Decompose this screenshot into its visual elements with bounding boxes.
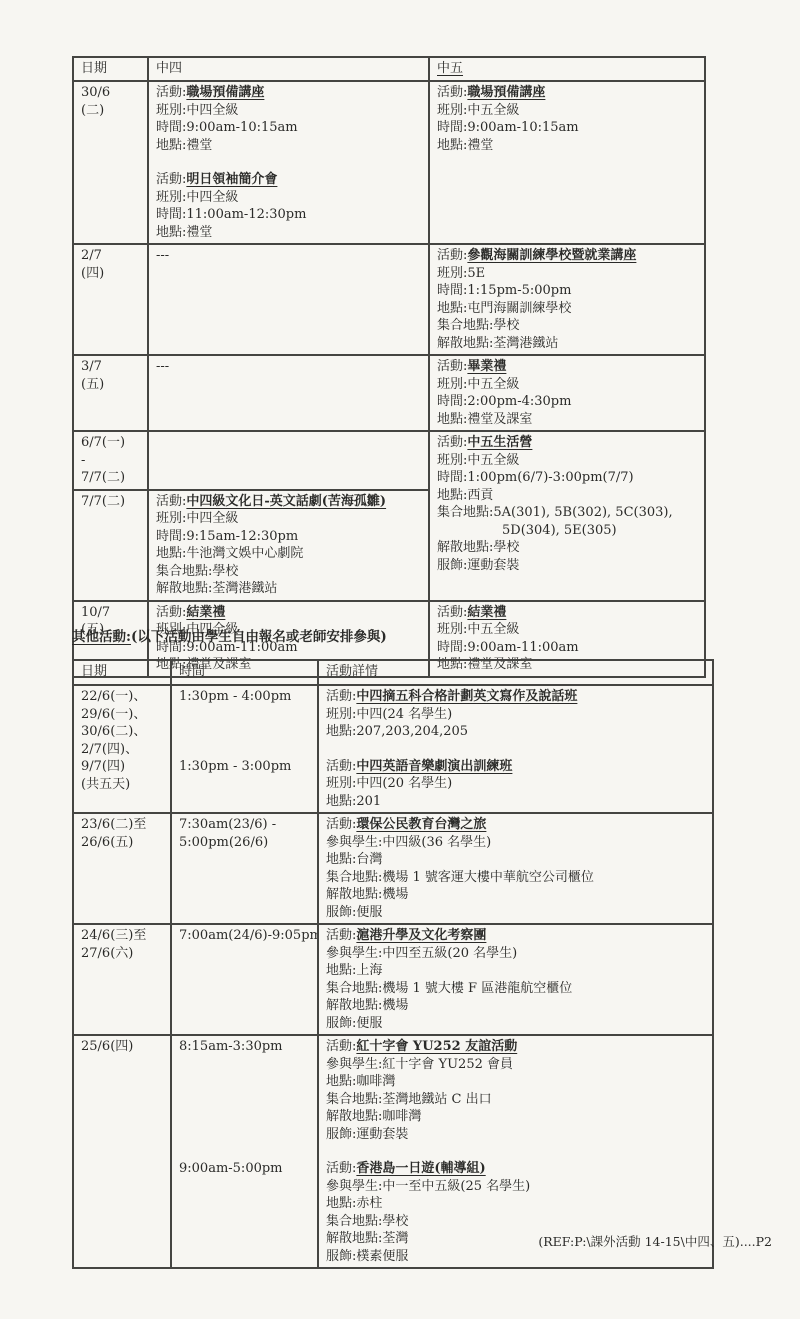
activity-title-line: 活動:畢業禮 — [437, 358, 698, 376]
activity-title-line: 活動:環保公民教育台灣之旅 — [326, 816, 706, 834]
activity-label: 活動: — [156, 172, 186, 187]
activity-title-line: 活動:滬港升學及文化考察團 — [326, 927, 706, 945]
date-cell: 2/7(四) — [73, 244, 148, 355]
text-line: - — [81, 452, 141, 470]
activity-title: 環保公民教育台灣之旅 — [356, 817, 486, 832]
activity-label: 活動: — [326, 689, 356, 704]
text-line: 地點:201 — [326, 793, 706, 811]
text-line: (二) — [81, 102, 141, 120]
activity-title-line: 活動:職場預備講座 — [437, 84, 698, 102]
text-line: 5:00pm(26/6) — [179, 834, 311, 852]
other-row: 24/6(三)至27/6(六) 7:00am(24/6)-9:05pm(27/6… — [73, 924, 713, 1035]
header-form5: 中五 — [429, 57, 705, 81]
header-date: 日期 — [73, 57, 148, 81]
time-entry: 7:30am(23/6) -5:00pm(26/6) — [179, 816, 311, 851]
header-details: 活動詳情 — [318, 660, 713, 685]
date-cell: 30/6(二) — [73, 81, 148, 244]
form4-cell: 活動:中四級文化日-英文話劇(苦海孤雛) 班別:中四全級時間:9:15am-12… — [148, 490, 429, 601]
activity-label: 活動: — [437, 359, 467, 374]
activity-details: 班別:中四(24 名學生)地點:207,203,204,205 — [326, 706, 706, 741]
activity-title: 畢業禮 — [467, 359, 506, 374]
text-line: 班別:中五全級 — [437, 621, 698, 639]
text-line: 22/6(一)、 — [81, 688, 164, 706]
activity-title-line: 活動:香港島一日遊(輔導組) — [326, 1160, 706, 1178]
other-row: 22/6(一)、29/6(一)、30/6(二)、2/7(四)、9/7(四)(共五… — [73, 685, 713, 813]
text-line: 班別:中五全級 — [437, 376, 698, 394]
activity-title: 中四英語音樂劇演出訓練班 — [356, 759, 512, 774]
text-line: 時間:1:15pm-5:00pm — [437, 282, 698, 300]
text-line: 30/6(二)、 — [81, 723, 164, 741]
form5-cell: 活動:職場預備講座 班別:中五全級時間:9:00am-10:15am地點:禮堂 — [429, 81, 705, 244]
text-line: (共五天) — [81, 776, 164, 794]
text-line: 集合地點:機場 1 號客運大樓中華航空公司櫃位 — [326, 869, 706, 887]
time-entry: 7:00am(24/6)-9:05pm(27/6) — [179, 927, 311, 945]
activity-title-line: 活動:參觀海關訓練學校暨就業講座 — [437, 247, 698, 265]
text-line: (五) — [81, 376, 141, 394]
text-line: 10/7 — [81, 604, 141, 622]
activity-block: 活動:職場預備講座 班別:中五全級時間:9:00am-10:15am地點:禮堂 — [437, 84, 698, 154]
text-line: 7/7(二) — [81, 469, 141, 487]
details-cell: 活動:環保公民教育台灣之旅 參與學生:中四級(36 名學生)地點:台灣集合地點:… — [318, 813, 713, 924]
activity-label: 活動: — [437, 85, 467, 100]
text-line: 地點:禮堂 — [156, 224, 422, 242]
text-line: 24/6(三)至 — [81, 927, 164, 945]
activity-details: 參與學生:中一至中五級(25 名學生)地點:赤柱集合地點:學校解散地點:荃灣服飾… — [326, 1178, 706, 1266]
activity-title-line: 活動:中四級文化日-英文話劇(苦海孤雛) — [156, 493, 422, 511]
text-line: 地點:台灣 — [326, 851, 706, 869]
scanned-page: 日期 中四 中五 30/6(二) 活動:職場預備講座 班別:中四全級時間:9:0… — [0, 0, 800, 1319]
form4-cell: 活動:職場預備講座 班別:中四全級時間:9:00am-10:15am地點:禮堂 … — [148, 81, 429, 244]
header-form4: 中四 — [148, 57, 429, 81]
text-line: 班別:中四(20 名學生) — [326, 775, 706, 793]
activity-title: 中四摘五科合格計劃英文寫作及說話班 — [356, 689, 577, 704]
date-cell: 24/6(三)至27/6(六) — [73, 924, 171, 1035]
activity-title: 職場預備講座 — [186, 85, 264, 100]
form4-cell: --- — [148, 244, 429, 355]
text-line: 29/6(一)、 — [81, 706, 164, 724]
text-line: 5D(304), 5E(305) — [437, 522, 698, 540]
activity-block: 活動:滬港升學及文化考察團 參與學生:中四至五級(20 名學生)地點:上海集合地… — [326, 927, 706, 1032]
activity-details: 參與學生:中四級(36 名學生)地點:台灣集合地點:機場 1 號客運大樓中華航空… — [326, 834, 706, 922]
page-footer: (REF:P:\課外活動 14-15\中四、五)....P2 — [0, 1232, 772, 1250]
activity-details: 參與學生:中四至五級(20 名學生)地點:上海集合地點:機場 1 號大樓 F 區… — [326, 945, 706, 1033]
activity-block: 活動:紅十字會 YU252 友誼活動 參與學生:紅十字會 YU252 會員地點:… — [326, 1038, 706, 1143]
details-cell: 活動:中四摘五科合格計劃英文寫作及說話班 班別:中四(24 名學生)地點:207… — [318, 685, 713, 813]
activity-label: 活動: — [437, 605, 467, 620]
activity-details: 班別:中五全級時間:1:00pm(6/7)-3:00pm(7/7)地點:西貢集合… — [437, 452, 698, 575]
date-lines: 22/6(一)、29/6(一)、30/6(二)、2/7(四)、9/7(四)(共五… — [81, 688, 164, 793]
text-line: 時間:2:00pm-4:30pm — [437, 393, 698, 411]
text-line: 集合地點:學校 — [437, 317, 698, 335]
schedule-row: 6/7(一)-7/7(二) 活動:中五生活營 班別:中五全級時間:1:00pm(… — [73, 431, 705, 490]
text-line: 班別:中四(24 名學生) — [326, 706, 706, 724]
date-lines: 3/7(五) — [81, 358, 141, 393]
activity-details: 班別:中五全級時間:9:00am-10:15am地點:禮堂 — [437, 102, 698, 155]
activity-title: 職場預備講座 — [467, 85, 545, 100]
activity-details: 班別:5E時間:1:15pm-5:00pm地點:屯門海關訓練學校集合地點:學校解… — [437, 265, 698, 353]
text-line: 時間:1:00pm(6/7)-3:00pm(7/7) — [437, 469, 698, 487]
text-line: 時間:9:00am-10:15am — [437, 119, 698, 137]
form4-cell-empty — [148, 431, 429, 490]
text-line: 地點:禮堂 — [437, 137, 698, 155]
text-line: 服飾:運動套裝 — [437, 557, 698, 575]
main-schedule-table: 日期 中四 中五 30/6(二) 活動:職場預備講座 班別:中四全級時間:9:0… — [72, 56, 706, 678]
text-line: 地點:禮堂及課室 — [437, 411, 698, 429]
text-line: 解散地點:機場 — [326, 997, 706, 1015]
date-cell: 22/6(一)、29/6(一)、30/6(二)、2/7(四)、9/7(四)(共五… — [73, 685, 171, 813]
activity-title-line: 活動:結業禮 — [156, 604, 422, 622]
activity-label: 活動: — [156, 605, 186, 620]
date-lines: 24/6(三)至27/6(六) — [81, 927, 164, 962]
other-row: 23/6(二)至26/6(五) 7:30am(23/6) -5:00pm(26/… — [73, 813, 713, 924]
activity-label: 活動: — [326, 928, 356, 943]
other-header-row: 日期 時間 活動詳情 — [73, 660, 713, 685]
activity-block: 活動:環保公民教育台灣之旅 參與學生:中四級(36 名學生)地點:台灣集合地點:… — [326, 816, 706, 921]
text-line: 解散地點:荃灣港鐵站 — [437, 335, 698, 353]
activity-title: 參觀海關訓練學校暨就業講座 — [467, 248, 636, 263]
activity-block: 活動:參觀海關訓練學校暨就業講座 班別:5E時間:1:15pm-5:00pm地點… — [437, 247, 698, 352]
date-lines: 23/6(二)至26/6(五) — [81, 816, 164, 851]
details-cell: 活動:滬港升學及文化考察團 參與學生:中四至五級(20 名學生)地點:上海集合地… — [318, 924, 713, 1035]
time-entry: 8:15am-3:30pm — [179, 1038, 311, 1056]
activity-title-line: 活動:中四摘五科合格計劃英文寫作及說話班 — [326, 688, 706, 706]
text-line: 班別:中四全級 — [156, 189, 422, 207]
schedule-header-row: 日期 中四 中五 — [73, 57, 705, 81]
date-cell: 7/7(二) — [73, 490, 148, 601]
schedule-row: 30/6(二) 活動:職場預備講座 班別:中四全級時間:9:00am-10:15… — [73, 81, 705, 244]
date-lines: 2/7(四) — [81, 247, 141, 282]
section-heading-title: 其他活動: — [72, 629, 131, 645]
schedule-row: 3/7(五) --- 活動:畢業禮 班別:中五全級時間:2:00pm-4:30p… — [73, 355, 705, 431]
text-line: 解散地點:學校 — [437, 539, 698, 557]
text-line: 3/7 — [81, 358, 141, 376]
text-line: 班別:中四全級 — [156, 102, 422, 120]
text-line: 地點:上海 — [326, 962, 706, 980]
time-entry: 1:30pm - 4:00pm — [179, 688, 311, 706]
header-date: 日期 — [73, 660, 171, 685]
activity-block: 活動:中五生活營 班別:中五全級時間:1:00pm(6/7)-3:00pm(7/… — [437, 434, 698, 574]
date-lines: 7/7(二) — [81, 493, 141, 511]
text-line: 參與學生:中四級(36 名學生) — [326, 834, 706, 852]
text-line: 服飾:便服 — [326, 904, 706, 922]
date-cell: 23/6(二)至26/6(五) — [73, 813, 171, 924]
activity-label: 活動: — [437, 435, 467, 450]
text-line: 班別:中四全級 — [156, 510, 422, 528]
activity-title: 紅十字會 YU252 友誼活動 — [356, 1039, 517, 1054]
text-line: 27/6(六) — [81, 945, 164, 963]
text-line: 服飾:樸素便服 — [326, 1248, 706, 1266]
text-line: 參與學生:紅十字會 YU252 會員 — [326, 1056, 706, 1074]
text-line: 參與學生:中一至中五級(25 名學生) — [326, 1178, 706, 1196]
activity-title: 滬港升學及文化考察團 — [356, 928, 486, 943]
activity-details: 班別:中四全級時間:9:15am-12:30pm地點:牛池灣文娛中心劇院集合地點… — [156, 510, 422, 598]
form5-cell: 活動:畢業禮 班別:中五全級時間:2:00pm-4:30pm地點:禮堂及課室 — [429, 355, 705, 431]
text-line: 7/7(二) — [81, 493, 141, 511]
activity-details: 班別:中五全級時間:2:00pm-4:30pm地點:禮堂及課室 — [437, 376, 698, 429]
text-line: 2/7 — [81, 247, 141, 265]
form4-cell: --- — [148, 355, 429, 431]
activity-label: 活動: — [326, 1039, 356, 1054]
text-line: 解散地點:機場 — [326, 886, 706, 904]
text-line: 班別:中五全級 — [437, 452, 698, 470]
text-line: 地點:屯門海關訓練學校 — [437, 300, 698, 318]
dash-placeholder: --- — [156, 247, 422, 265]
text-line: 班別:中五全級 — [437, 102, 698, 120]
activity-title: 香港島一日遊(輔導組) — [356, 1161, 485, 1176]
text-line: 時間:9:00am-10:15am — [156, 119, 422, 137]
activity-title-line: 活動:明日領袖簡介會 — [156, 171, 422, 189]
text-line: 地點:西貢 — [437, 487, 698, 505]
time-entry: 1:30pm - 3:00pm — [179, 758, 311, 776]
text-line: 地點:207,203,204,205 — [326, 723, 706, 741]
text-line: 集合地點:荃灣地鐵站 C 出口 — [326, 1091, 706, 1109]
text-line: 解散地點:荃灣港鐵站 — [156, 580, 422, 598]
activity-title-line: 活動:中五生活營 — [437, 434, 698, 452]
activity-label: 活動: — [326, 1161, 356, 1176]
activity-title: 中五生活營 — [467, 435, 532, 450]
text-line: 班別:5E — [437, 265, 698, 283]
activity-block: 活動:明日領袖簡介會 班別:中四全級時間:11:00am-12:30pm地點:禮… — [156, 171, 422, 241]
text-line: 地點:赤柱 — [326, 1195, 706, 1213]
activity-label: 活動: — [326, 759, 356, 774]
date-lines: 6/7(一)-7/7(二) — [81, 434, 141, 487]
text-line: 26/6(五) — [81, 834, 164, 852]
activity-details: 班別:中四(20 名學生)地點:201 — [326, 775, 706, 810]
date-lines: 25/6(四) — [81, 1038, 164, 1056]
text-line: 地點:牛池灣文娛中心劇院 — [156, 545, 422, 563]
activity-label: 活動: — [326, 817, 356, 832]
header-time: 時間 — [171, 660, 318, 685]
text-line: 時間:11:00am-12:30pm — [156, 206, 422, 224]
section-heading-note: (以下活動由學生自由報名或老師安排參與) — [131, 629, 387, 645]
time-cell: 1:30pm - 4:00pm 1:30pm - 3:00pm — [171, 685, 318, 813]
form5-cell: 活動:中五生活營 班別:中五全級時間:1:00pm(6/7)-3:00pm(7/… — [429, 431, 705, 601]
form5-cell: 活動:參觀海關訓練學校暨就業講座 班別:5E時間:1:15pm-5:00pm地點… — [429, 244, 705, 355]
date-cell: 6/7(一)-7/7(二) — [73, 431, 148, 490]
text-line: 集合地點:機場 1 號大樓 F 區港龍航空櫃位 — [326, 980, 706, 998]
activity-block: 活動:中四級文化日-英文話劇(苦海孤雛) 班別:中四全級時間:9:15am-12… — [156, 493, 422, 598]
text-line: 2/7(四)、 — [81, 741, 164, 759]
activity-title-line: 活動:職場預備講座 — [156, 84, 422, 102]
text-line: 9/7(四) — [81, 758, 164, 776]
activity-label: 活動: — [156, 85, 186, 100]
text-line: 時間:9:00am-11:00am — [437, 639, 698, 657]
text-line: 參與學生:中四至五級(20 名學生) — [326, 945, 706, 963]
other-activities-table: 日期 時間 活動詳情 22/6(一)、29/6(一)、30/6(二)、2/7(四… — [72, 659, 714, 1269]
activity-details: 班別:中四全級時間:11:00am-12:30pm地點:禮堂 — [156, 189, 422, 242]
text-line: 時間:9:15am-12:30pm — [156, 528, 422, 546]
text-line: 服飾:便服 — [326, 1015, 706, 1033]
text-line: 7:30am(23/6) - — [179, 816, 311, 834]
activity-block: 活動:中四摘五科合格計劃英文寫作及說話班 班別:中四(24 名學生)地點:207… — [326, 688, 706, 741]
text-line: 解散地點:咖啡灣 — [326, 1108, 706, 1126]
time-entry: 9:00am-5:00pm — [179, 1160, 311, 1178]
text-line: 地點:禮堂 — [156, 137, 422, 155]
text-line: 23/6(二)至 — [81, 816, 164, 834]
time-cell: 7:30am(23/6) -5:00pm(26/6) — [171, 813, 318, 924]
activity-title: 結業禮 — [467, 605, 506, 620]
text-line: 集合地點:學校 — [326, 1213, 706, 1231]
activity-block: 活動:畢業禮 班別:中五全級時間:2:00pm-4:30pm地點:禮堂及課室 — [437, 358, 698, 428]
activity-title: 結業禮 — [186, 605, 225, 620]
activity-label: 活動: — [437, 248, 467, 263]
activity-title-line: 活動:結業禮 — [437, 604, 698, 622]
text-line: 服飾:運動套裝 — [326, 1126, 706, 1144]
activity-block: 活動:中四英語音樂劇演出訓練班 班別:中四(20 名學生)地點:201 — [326, 758, 706, 811]
section-heading: 其他活動:(以下活動由學生自由報名或老師安排參與) — [72, 625, 387, 645]
activity-title-line: 活動:紅十字會 YU252 友誼活動 — [326, 1038, 706, 1056]
text-line: 6/7(一) — [81, 434, 141, 452]
activity-title: 中四級文化日-英文話劇(苦海孤雛) — [186, 494, 386, 509]
date-cell: 3/7(五) — [73, 355, 148, 431]
dash-placeholder: --- — [156, 358, 422, 376]
activity-title-line: 活動:中四英語音樂劇演出訓練班 — [326, 758, 706, 776]
date-lines: 30/6(二) — [81, 84, 141, 119]
text-line: (四) — [81, 265, 141, 283]
activity-title: 明日領袖簡介會 — [186, 172, 277, 187]
activity-label: 活動: — [156, 494, 186, 509]
activity-block: 活動:職場預備講座 班別:中四全級時間:9:00am-10:15am地點:禮堂 — [156, 84, 422, 154]
text-line: 25/6(四) — [81, 1038, 164, 1056]
time-cell: 7:00am(24/6)-9:05pm(27/6) — [171, 924, 318, 1035]
text-line: 地點:咖啡灣 — [326, 1073, 706, 1091]
activity-details: 班別:中四全級時間:9:00am-10:15am地點:禮堂 — [156, 102, 422, 155]
text-line: 集合地點:5A(301), 5B(302), 5C(303), — [437, 504, 698, 522]
schedule-row: 2/7(四) --- 活動:參觀海關訓練學校暨就業講座 班別:5E時間:1:15… — [73, 244, 705, 355]
activity-details: 參與學生:紅十字會 YU252 會員地點:咖啡灣集合地點:荃灣地鐵站 C 出口解… — [326, 1056, 706, 1144]
text-line: 30/6 — [81, 84, 141, 102]
text-line: 集合地點:學校 — [156, 563, 422, 581]
